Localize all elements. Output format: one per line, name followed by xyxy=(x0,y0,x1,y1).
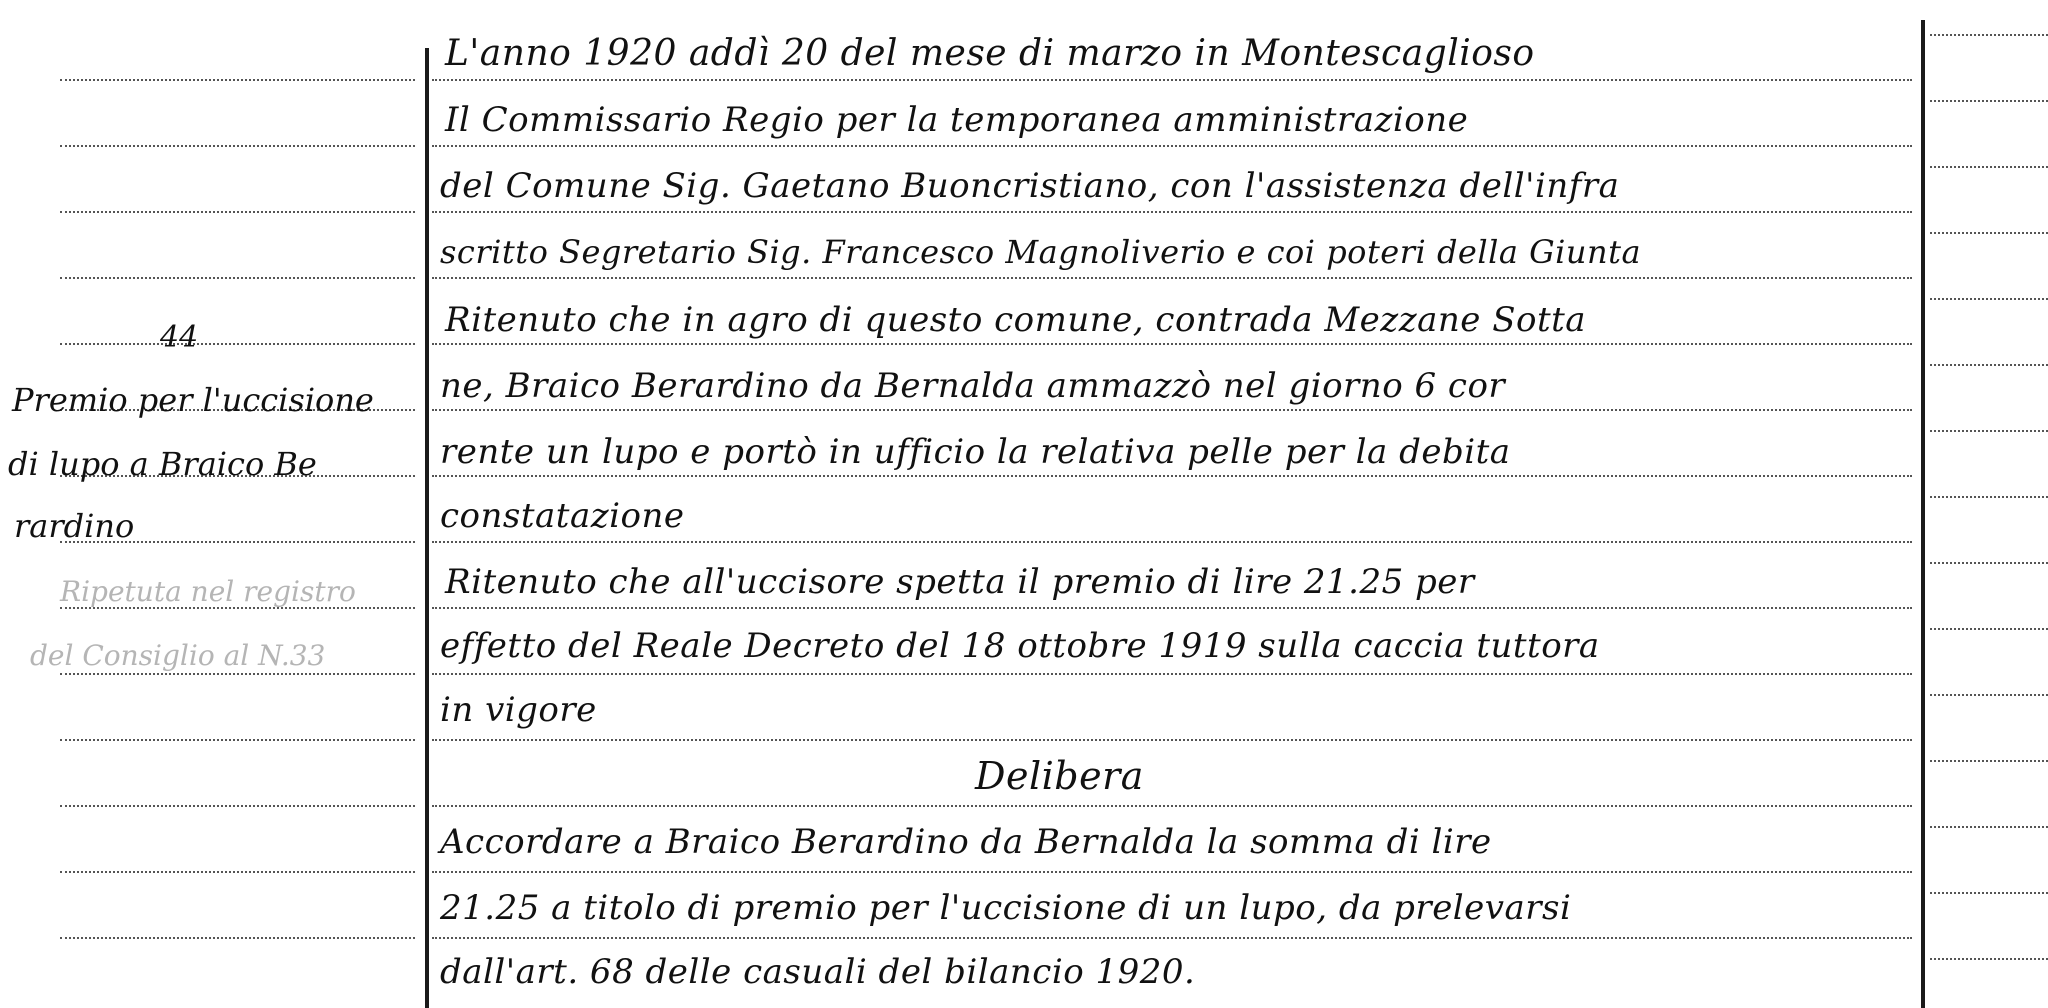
body-ruled-line xyxy=(432,145,1912,147)
margin-ruled-line xyxy=(60,211,415,213)
body-line: constatazione xyxy=(440,496,685,536)
right-ruled-line xyxy=(1930,826,2048,828)
right-ruled-line xyxy=(1930,430,2048,432)
body-line: Il Commissario Regio per la temporanea a… xyxy=(445,100,1468,140)
margin-ruled-line xyxy=(60,805,415,807)
right-ruled-line xyxy=(1930,364,2048,366)
faded-note-line: del Consiglio al N.33 xyxy=(30,636,325,676)
body-ruled-line xyxy=(432,871,1912,873)
right-ruled-line xyxy=(1930,34,2048,36)
body-ruled-line xyxy=(432,673,1912,675)
right-ruled-line xyxy=(1930,892,2048,894)
body-line: L'anno 1920 addì 20 del mese di marzo in… xyxy=(445,34,1535,74)
faded-note-line: Ripetuta nel registro xyxy=(60,572,356,612)
body-line: ne, Braico Berardino da Bernalda ammazzò… xyxy=(440,366,1505,406)
body-line: in vigore xyxy=(440,690,597,730)
margin-ruled-line xyxy=(60,937,415,939)
body-ruled-line xyxy=(432,805,1912,807)
body-ruled-line xyxy=(432,79,1912,81)
body-line: 21.25 a titolo di premio per l'uccisione… xyxy=(440,888,1571,928)
right-ruled-line xyxy=(1930,166,2048,168)
body-ruled-line xyxy=(432,739,1912,741)
body-ruled-line xyxy=(432,937,1912,939)
body-ruled-line xyxy=(432,211,1912,213)
body-line: rente un lupo e portò in ufficio la rela… xyxy=(440,432,1511,472)
right-ruled-line xyxy=(1930,562,2048,564)
body-ruled-line xyxy=(432,277,1912,279)
subject-line: di lupo a Braico Be xyxy=(8,444,317,484)
right-ruled-line xyxy=(1930,958,2048,960)
body-ruled-line xyxy=(432,409,1912,411)
body-line: del Comune Sig. Gaetano Buoncristiano, c… xyxy=(440,166,1619,206)
right-ruled-line xyxy=(1930,100,2048,102)
body-line: Ritenuto che all'uccisore spetta il prem… xyxy=(445,562,1475,602)
subject-line: Premio per l'uccisione xyxy=(12,380,374,420)
right-ruled-line xyxy=(1930,232,2048,234)
margin-ruled-line xyxy=(60,739,415,741)
right-ruled-line xyxy=(1930,694,2048,696)
body-line: effetto del Reale Decreto del 18 ottobre… xyxy=(440,626,1600,666)
margin-ruled-line xyxy=(60,343,415,345)
right-ruled-line xyxy=(1930,496,2048,498)
margin-ruled-line xyxy=(60,79,415,81)
right-column-rule xyxy=(1921,20,1925,1008)
body-line: dall'art. 68 delle casuali del bilancio … xyxy=(440,952,1195,992)
deliberation-heading: Delibera xyxy=(975,756,1144,796)
left-column-rule xyxy=(425,48,429,1008)
right-ruled-line xyxy=(1930,760,2048,762)
body-line: scritto Segretario Sig. Francesco Magnol… xyxy=(440,232,1641,272)
margin-ruled-line xyxy=(60,871,415,873)
entry-number: 44 xyxy=(160,318,198,358)
body-line: Accordare a Braico Berardino da Bernalda… xyxy=(440,822,1492,862)
body-ruled-line xyxy=(432,343,1912,345)
body-ruled-line xyxy=(432,475,1912,477)
right-ruled-line xyxy=(1930,298,2048,300)
body-line: Ritenuto che in agro di questo comune, c… xyxy=(445,300,1586,340)
body-ruled-line xyxy=(432,607,1912,609)
margin-ruled-line xyxy=(60,145,415,147)
right-ruled-line xyxy=(1930,628,2048,630)
subject-line: rardino xyxy=(14,506,134,546)
margin-ruled-line xyxy=(60,277,415,279)
body-ruled-line xyxy=(432,541,1912,543)
